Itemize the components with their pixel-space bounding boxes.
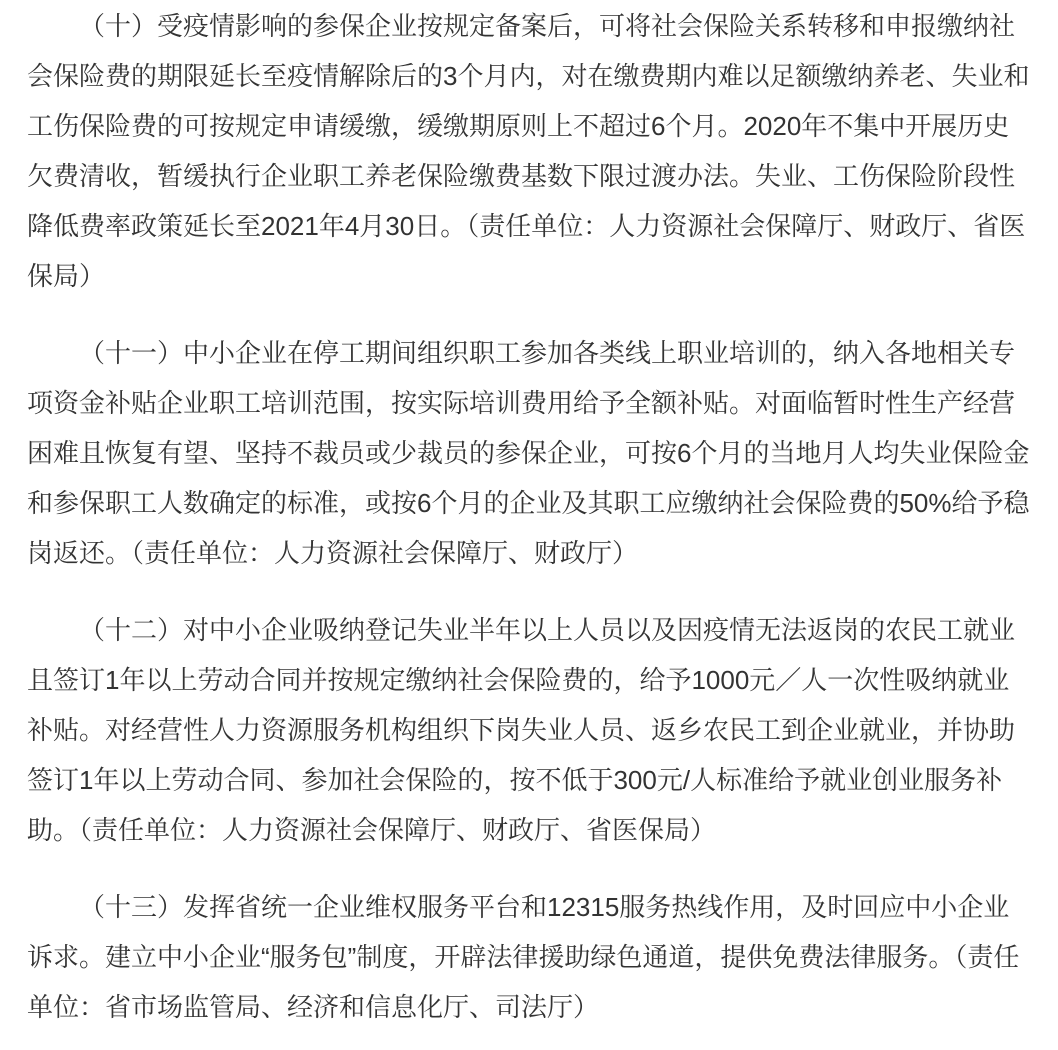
- document-body: （十）受疫情影响的参保企业按规定备案后，可将社会保险关系转移和申报缴纳社会保险费…: [0, 0, 1058, 1032]
- policy-paragraph-item-11: （十一）中小企业在停工期间组织职工参加各类线上职业培训的，纳入各地相关专项资金补…: [27, 328, 1033, 578]
- policy-paragraph-item-10: （十）受疫情影响的参保企业按规定备案后，可将社会保险关系转移和申报缴纳社会保险费…: [27, 1, 1033, 301]
- policy-paragraph-item-13: （十三）发挥省统一企业维权服务平台和12315服务热线作用，及时回应中小企业诉求…: [27, 882, 1033, 1032]
- policy-paragraph-item-12: （十二）对中小企业吸纳登记失业半年以上人员以及因疫情无法返岗的农民工就业且签订1…: [27, 605, 1033, 855]
